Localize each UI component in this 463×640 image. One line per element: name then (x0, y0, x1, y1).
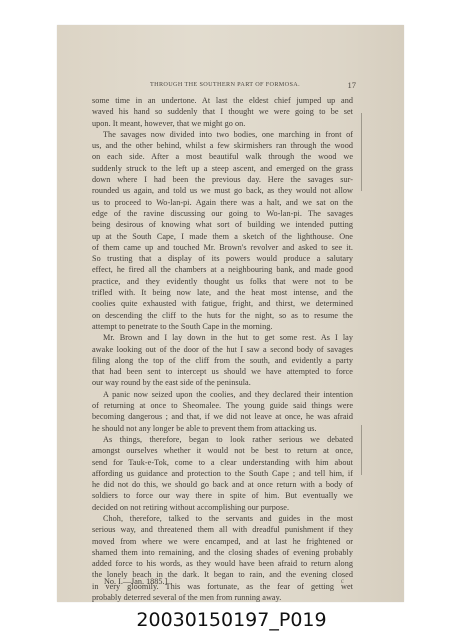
text-line: Choh, therefore, talked to the servants … (92, 513, 353, 524)
text-line: of returning at once to Sheomalee. The y… (92, 400, 353, 411)
page-footer: No. I.—Jan. 1885.] c (104, 577, 344, 589)
text-line: suddenly struck to the left up a steep a… (92, 163, 353, 174)
text-line: Mr. Brown and I lay down in the hut to g… (92, 332, 353, 343)
text-line: that had been sent to intercept us shoul… (92, 366, 353, 377)
text-line: soldiers to force our way there in spite… (92, 490, 353, 501)
text-line: us to proceed to Wo-lan-pi. Again there … (92, 197, 353, 208)
text-line: A panic now seized upon the coolies, and… (92, 389, 353, 400)
text-line: probably deterred several of the men fro… (92, 592, 353, 603)
page-number: 17 (348, 80, 357, 90)
running-head-title: THROUGH THE SOUTHERN PART OF FORMOSA. (150, 81, 300, 88)
text-line: becoming dangerous ; and that, if we did… (92, 411, 353, 422)
text-line: he should not any longer be able to prev… (92, 423, 353, 434)
text-line: waved his hand so suddenly that I though… (92, 106, 353, 117)
text-line: our way round by the east side of the pe… (92, 377, 353, 388)
text-line: upon. It meant, however, that we might g… (92, 118, 353, 129)
text-line: So trusting that a display of its powers… (92, 253, 353, 264)
scanned-page: THROUGH THE SOUTHERN PART OF FORMOSA. 17… (57, 25, 404, 602)
text-line: on descending the cliff to the huts for … (92, 310, 353, 321)
text-line: The savages now divided into two bodies,… (92, 129, 353, 140)
pencil-margin-mark (361, 113, 362, 191)
text-line: As things, therefore, began to look rath… (92, 434, 353, 445)
text-line: trifled with. It being now late, and the… (92, 287, 353, 298)
text-line: up at the South Cape, I made them a sket… (92, 231, 353, 242)
signature-mark: c (341, 577, 344, 585)
text-line: on each side. After a most beautiful wal… (92, 151, 353, 162)
text-line: us, and the other behind, whilst a few s… (92, 140, 353, 151)
text-line: edge of the ravine discussing our going … (92, 208, 353, 219)
text-line: send for Tauk-e-Tok, come to a clear und… (92, 457, 353, 468)
running-header: THROUGH THE SOUTHERN PART OF FORMOSA. 17 (92, 81, 356, 91)
text-line: awake looking out of the door of the hut… (92, 344, 353, 355)
text-line: affording us guidance and protection to … (92, 468, 353, 479)
image-caption: 20030150197_P019 (0, 609, 463, 631)
text-line: being desirous of knowing what sort of b… (92, 219, 353, 230)
text-line: effect, he fired all the chambers at a n… (92, 264, 353, 275)
text-line: added force to his words, as they would … (92, 558, 353, 569)
text-line: decided on not retiring without accompli… (92, 502, 353, 513)
pencil-margin-mark (361, 425, 362, 475)
text-line: rounded us again, and told us we must go… (92, 185, 353, 196)
text-line: down where I had been the previous day. … (92, 174, 353, 185)
issue-note: No. I.—Jan. 1885.] (104, 577, 167, 586)
text-line: practice, and they evidently thought us … (92, 276, 353, 287)
text-line: coolies quite exhausted with fatigue, fr… (92, 298, 353, 309)
text-line: filing along the top of the cliff from t… (92, 355, 353, 366)
text-line: amongst ourselves whether it would not b… (92, 445, 353, 456)
text-line: some time in an undertone. At last the e… (92, 95, 353, 106)
text-line: of them came up and touched Mr. Brown's … (92, 242, 353, 253)
body-text: some time in an undertone. At last the e… (92, 95, 353, 603)
text-line: shamed them into remaining, and the clos… (92, 547, 353, 558)
text-line: moved from where we were encamped, and a… (92, 536, 353, 547)
text-line: attempt to penetrate to the South Cape i… (92, 321, 353, 332)
text-line: he did not do this, we should go back an… (92, 479, 353, 490)
text-line: serious way, and threatened them all wit… (92, 524, 353, 535)
